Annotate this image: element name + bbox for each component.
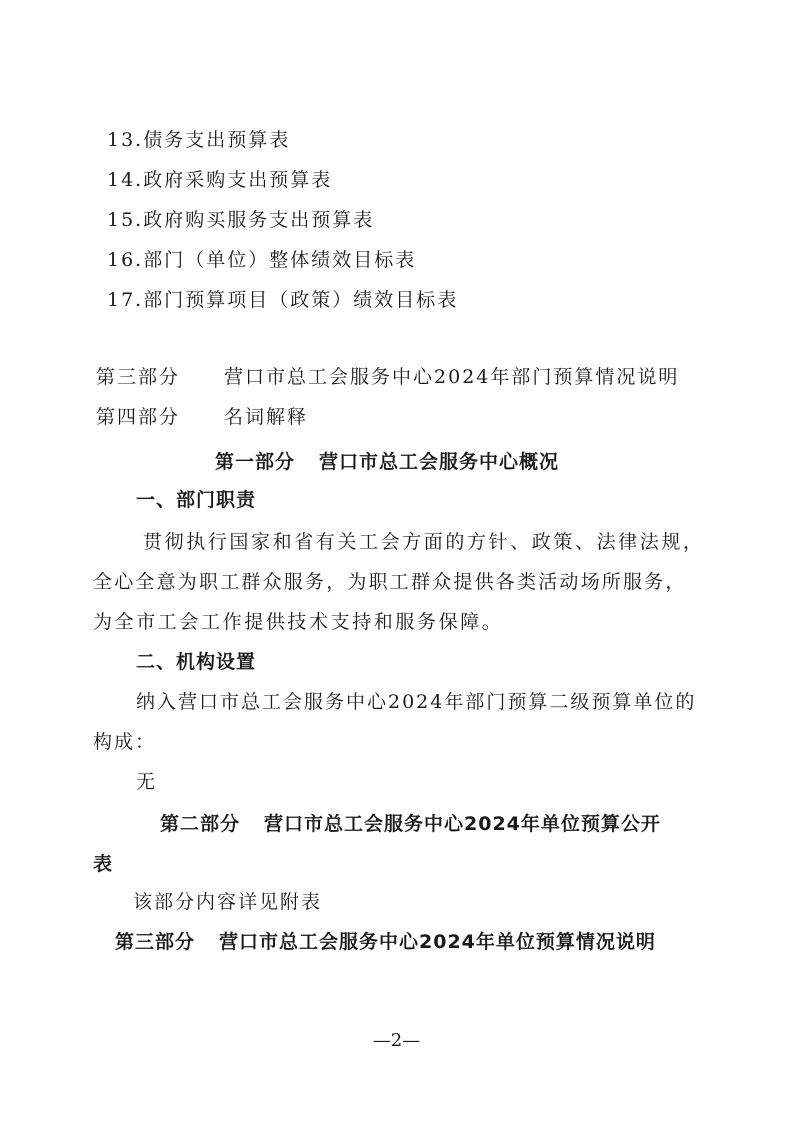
section-2-line-3: 无 xyxy=(136,770,157,794)
part-3-label: 第三部分 xyxy=(115,931,195,953)
part-3-title: 营口市总工会服务中心2024年单位预算情况说明 xyxy=(219,931,656,953)
toc-part-4-title: 名词解释 xyxy=(224,406,308,428)
toc-item-13: 13.债务支出预算表 xyxy=(107,128,290,152)
section-2-line-1: 纳入营口市总工会服务中心2024年部门预算二级预算单位的 xyxy=(136,690,696,714)
toc-part-3-label: 第三部分 xyxy=(96,366,180,388)
toc-item-16: 16.部门（单位）整体绩效目标表 xyxy=(107,248,416,272)
part-1-title: 营口市总工会服务中心概况 xyxy=(319,451,559,473)
toc-part-4: 第四部分名词解释 xyxy=(96,405,308,429)
part-1-heading: 第一部分营口市总工会服务中心概况 xyxy=(215,450,559,474)
section-1-line-2: 全心全意为职工群众服务，为职工群众提供各类活动场所服务， xyxy=(93,570,687,594)
toc-part-3-title: 营口市总工会服务中心2024年部门预算情况说明 xyxy=(224,366,679,388)
part-2-title: 营口市总工会服务中心2024年单位预算公开 xyxy=(264,813,661,835)
section-2-line-2: 构成： xyxy=(93,730,156,754)
part-3-heading: 第三部分营口市总工会服务中心2024年单位预算情况说明 xyxy=(115,930,656,954)
toc-item-14: 14.政府采购支出预算表 xyxy=(107,168,332,192)
section-1-line-1: 贯彻执行国家和省有关工会方面的方针、政策、法律法规， xyxy=(143,530,705,554)
part-1-label: 第一部分 xyxy=(215,451,295,473)
section-1-heading: 一、部门职责 xyxy=(136,488,256,512)
section-2-heading: 二、机构设置 xyxy=(136,650,256,674)
part-2-heading-cont: 表 xyxy=(93,852,113,876)
part-2-label: 第二部分 xyxy=(160,813,240,835)
section-1-line-3: 为全市工会工作提供技术支持和服务保障。 xyxy=(93,610,503,634)
page-number: —2— xyxy=(0,1030,793,1051)
toc-part-3: 第三部分营口市总工会服务中心2024年部门预算情况说明 xyxy=(96,365,679,389)
part-2-heading: 第二部分营口市总工会服务中心2024年单位预算公开 xyxy=(160,812,661,836)
toc-part-4-label: 第四部分 xyxy=(96,406,180,428)
toc-item-17: 17.部门预算项目（政策）绩效目标表 xyxy=(107,288,458,312)
part-2-body: 该部分内容详见附表 xyxy=(133,890,322,914)
toc-item-15: 15.政府购买服务支出预算表 xyxy=(107,208,374,232)
